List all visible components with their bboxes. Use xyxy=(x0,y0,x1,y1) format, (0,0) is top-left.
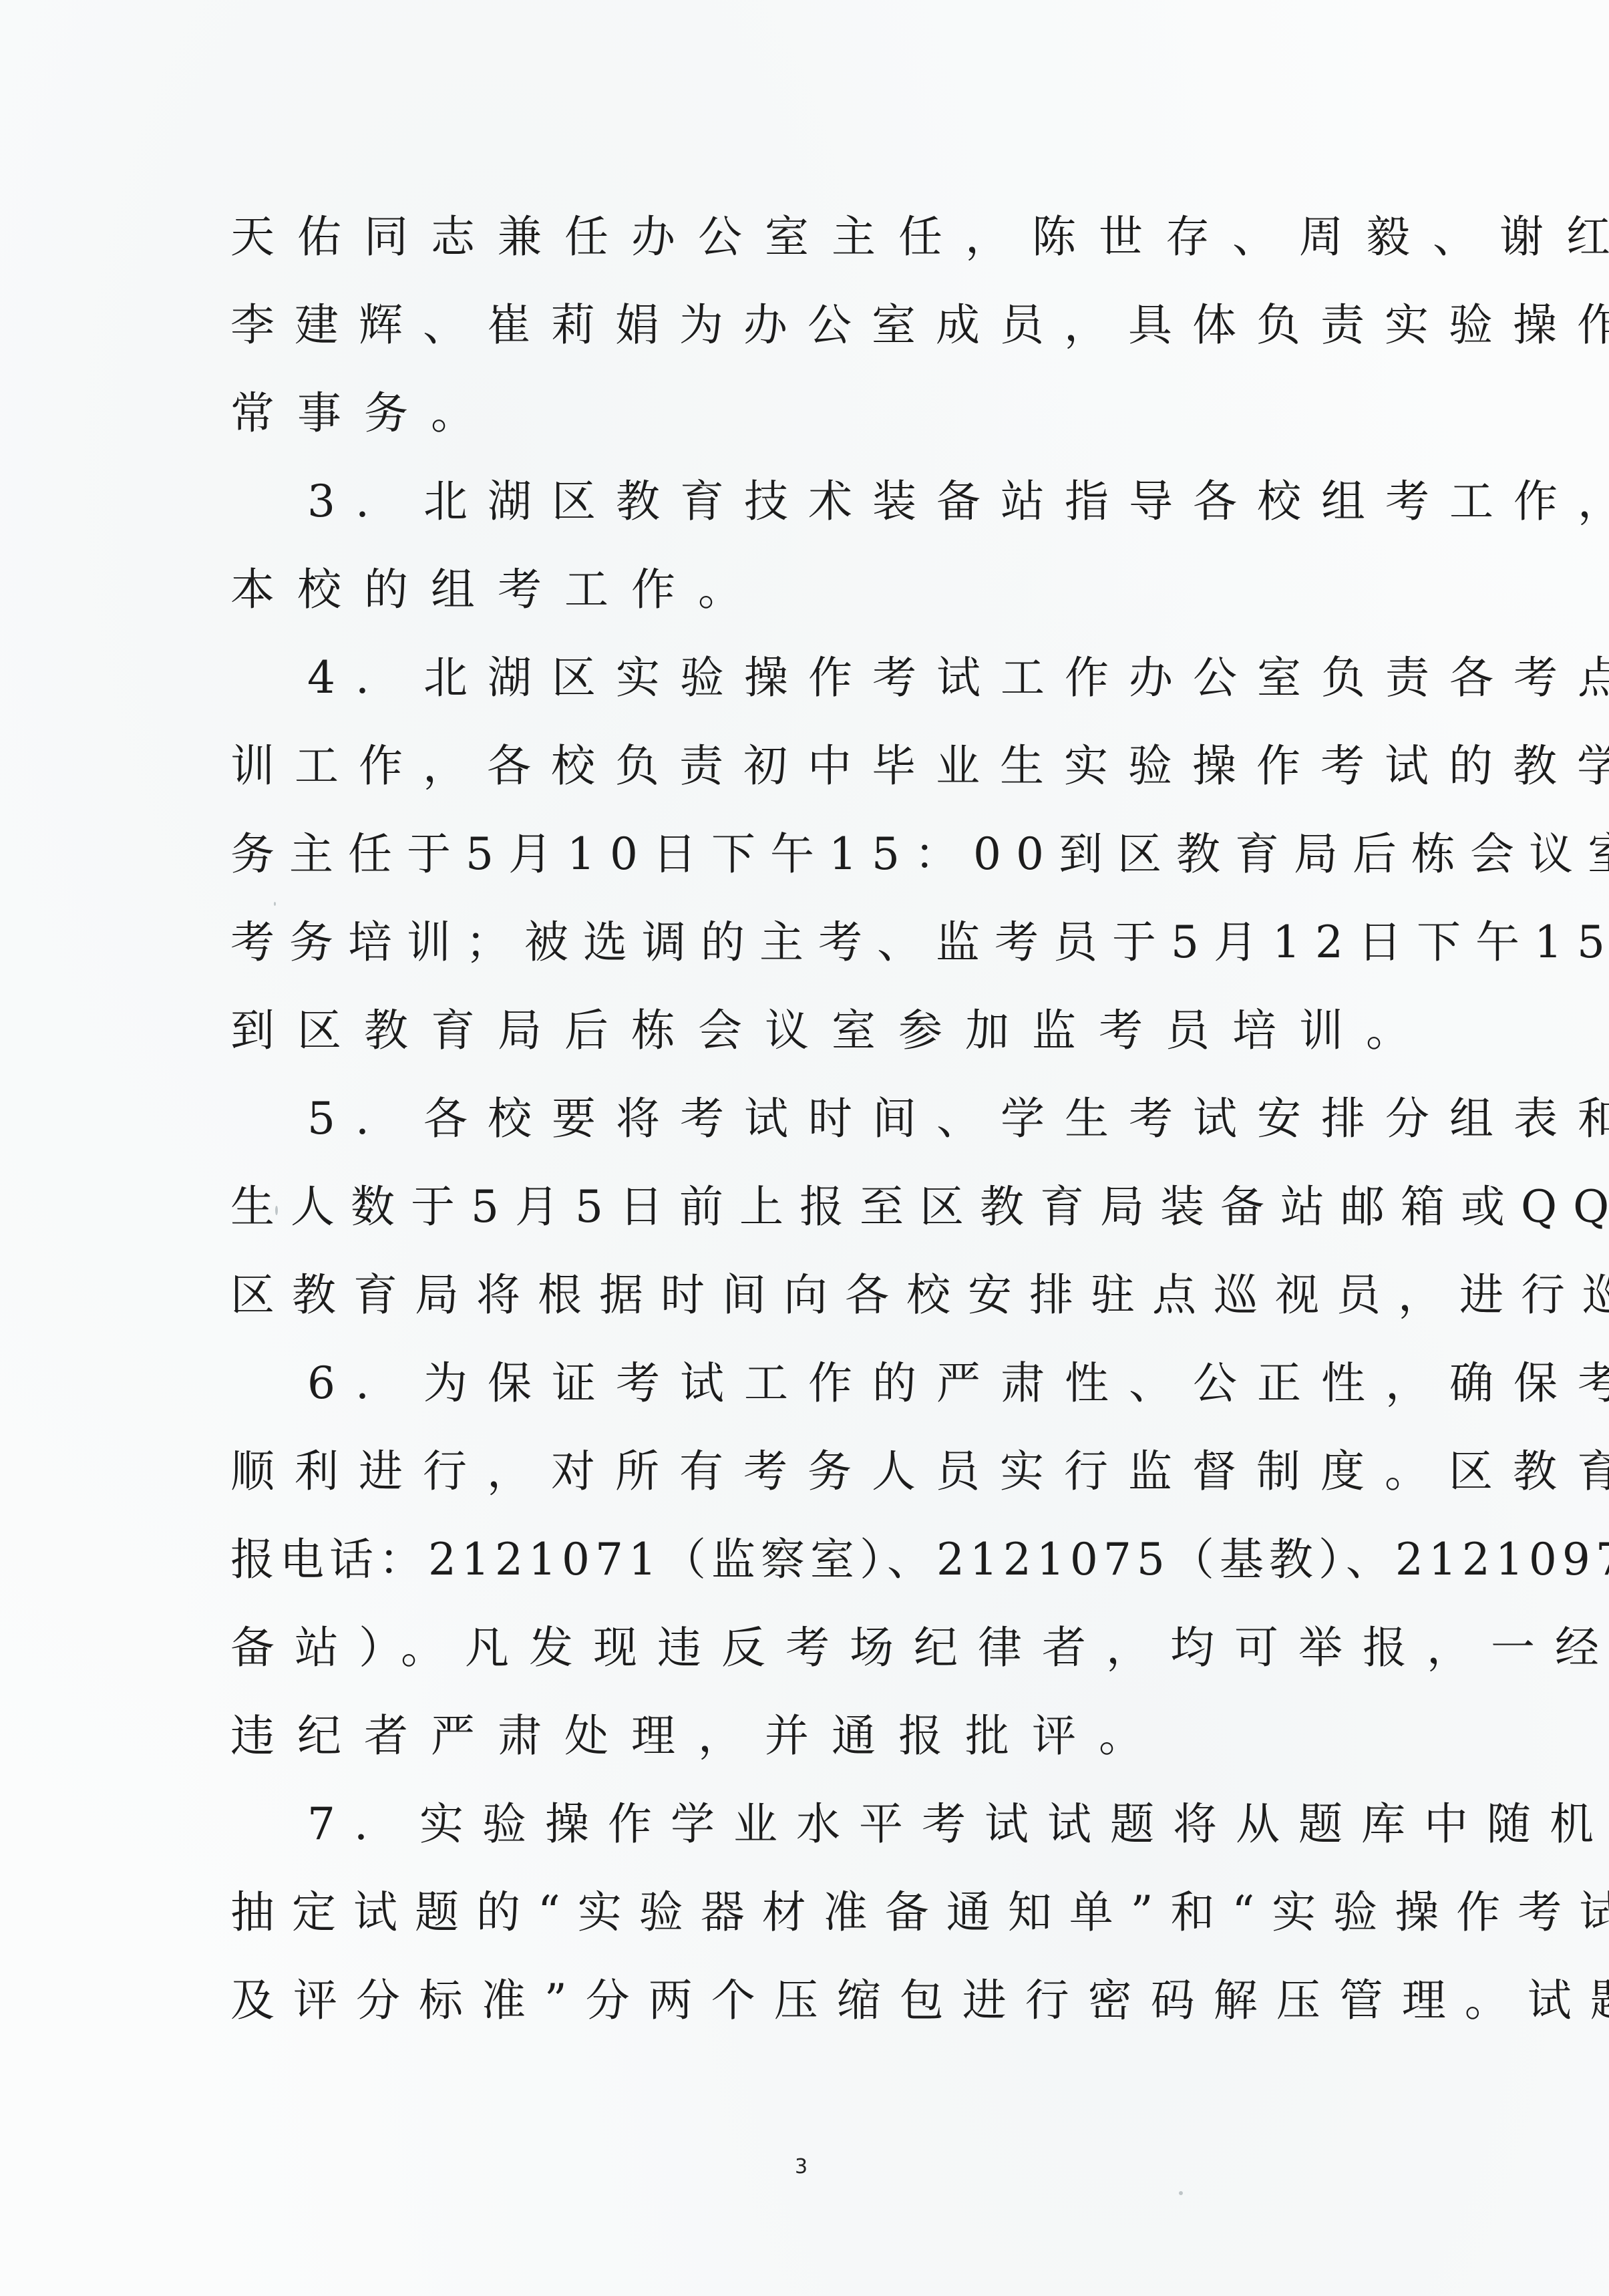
text-line: 常事务。 xyxy=(230,377,498,450)
scan-speck xyxy=(1179,2191,1183,2195)
text-line: 违纪者严肃处理，并通报批评。 xyxy=(230,1699,1166,1773)
text-line-phone-numbers: 报电话：2121071（监察室）、2121075（基教）、2121097（装 xyxy=(230,1523,1609,1597)
text-line: 抽定试题的“实验器材准备通知单”和“实验操作考试试题 xyxy=(230,1876,1609,1949)
text-line: 本校的组考工作。 xyxy=(230,553,765,627)
text-line-item-7: 7. 实验操作学业水平考试试题将从题库中随机抽定， xyxy=(307,1788,1609,1861)
text-line: 天佑同志兼任办公室主任，陈世存、周毅、谢红志、李成军、 xyxy=(230,200,1609,274)
text-line: 考务培训；被选调的主考、监考员于5月12日下午15：00 xyxy=(230,906,1609,979)
text-line: 备站）。凡发现违反考场纪律者，均可举报，一经查实，对 xyxy=(230,1611,1609,1685)
text-line: 顺利进行，对所有考务人员实行监督制度。区教育局设立举 xyxy=(230,1435,1609,1508)
text-line: 生人数于5月5日前上报至区教育局装备站邮箱或QQ群内， xyxy=(230,1170,1609,1244)
document-page: 天佑同志兼任办公室主任，陈世存、周毅、谢红志、李成军、 李建辉、崔莉娟为办公室成… xyxy=(0,0,1609,2296)
text-line: 到区教育局后栋会议室参加监考员培训。 xyxy=(230,994,1433,1068)
text-line: 及评分标准”分两个压缩包进行密码解压管理。试题及解压 xyxy=(230,1964,1609,2037)
text-line-item-3: 3. 北湖区教育技术装备站指导各校组考工作，各校负责 xyxy=(307,465,1609,538)
text-line-item-4: 4. 北湖区实验操作考试工作办公室负责各考点的考前培 xyxy=(307,641,1609,715)
text-line: 训工作，各校负责初中毕业生实验操作考试的教学校长、教 xyxy=(230,729,1609,803)
page-number: 3 xyxy=(795,2155,808,2178)
text-line-item-5: 5. 各校要将考试时间、学生考试安排分组表和各年级考 xyxy=(307,1082,1609,1156)
scan-speck xyxy=(274,902,276,906)
text-line: 务主任于5月10日下午15：00到区教育局后栋会议室参加 xyxy=(230,818,1609,891)
text-line-item-6: 6. 为保证考试工作的严肃性、公正性，确保考试工作的 xyxy=(307,1347,1609,1420)
scan-speck xyxy=(275,1206,278,1215)
text-line: 区教育局将根据时间向各校安排驻点巡视员，进行巡视工作。 xyxy=(230,1259,1609,1332)
text-line: 李建辉、崔莉娟为办公室成员，具体负责实验操作考试的日 xyxy=(230,289,1609,362)
